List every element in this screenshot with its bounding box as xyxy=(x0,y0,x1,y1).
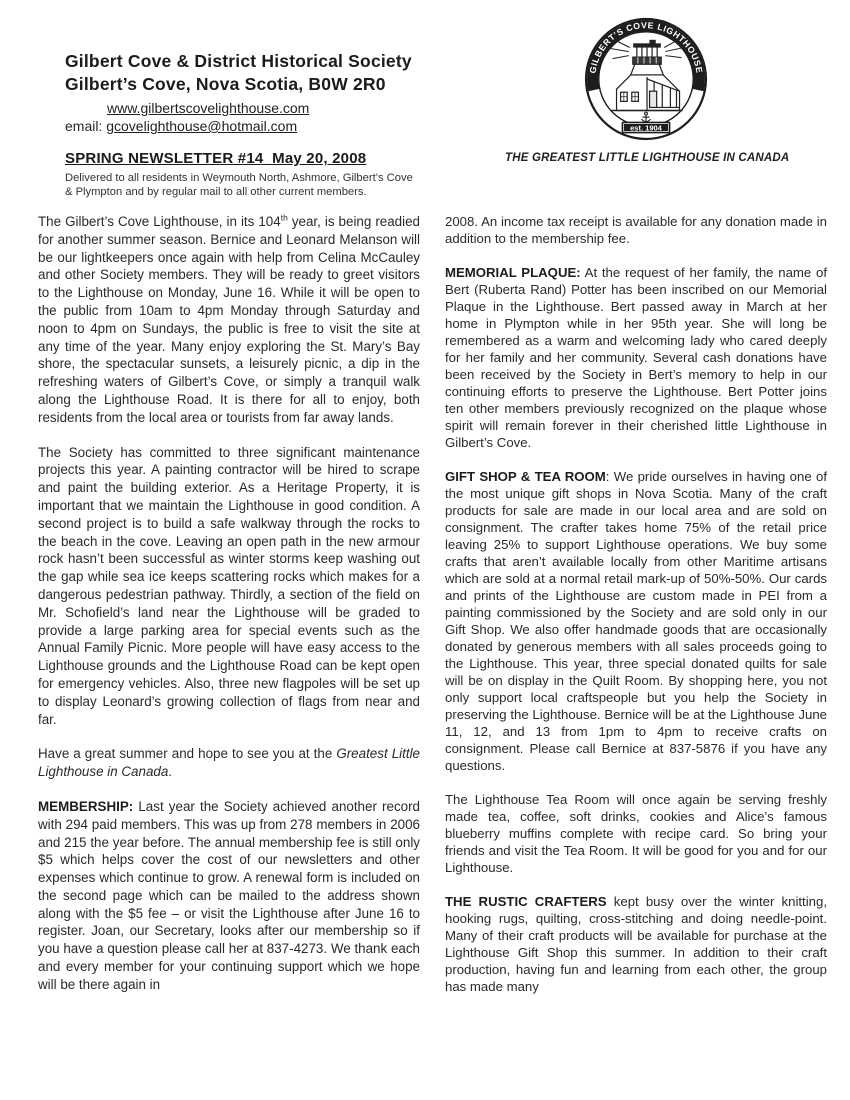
paragraph-maintenance-projects: The Society has committed to three signi… xyxy=(38,444,420,729)
email-label: email: xyxy=(65,118,106,134)
paragraph-tea-room: The Lighthouse Tea Room will once again … xyxy=(445,791,827,876)
logo-tagline: THE GREATEST LITTLE LIGHTHOUSE IN CANADA xyxy=(505,152,787,164)
newsletter-page: Gilbert Cove & District Historical Socie… xyxy=(0,0,850,1100)
membership-heading: MEMBERSHIP: xyxy=(38,799,133,814)
lighthouse-seal-icon: GILBERT’S COVE LIGHTHOUSE xyxy=(583,16,709,142)
paragraph-lighthouse-season: The Gilbert’s Cove Lighthouse, in its 10… xyxy=(38,213,420,427)
distribution-note: Delivered to all residents in Weymouth N… xyxy=(65,171,423,199)
org-name: Gilbert Cove & District Historical Socie… xyxy=(65,50,485,73)
ordinal-superscript: th xyxy=(281,213,288,223)
right-column: 2008. An income tax receipt is available… xyxy=(445,213,827,995)
rustic-crafters-heading: THE RUSTIC CRAFTERS xyxy=(445,894,607,909)
org-address: Gilbert’s Cove, Nova Scotia, B0W 2R0 xyxy=(65,73,485,96)
website-line: www.gilbertscovelighthouse.com xyxy=(107,100,485,116)
left-column: The Gilbert’s Cove Lighthouse, in its 10… xyxy=(38,213,420,995)
newsletter-title: SPRING NEWSLETTER #14 May 20, 2008 xyxy=(65,150,485,167)
body-columns: The Gilbert’s Cove Lighthouse, in its 10… xyxy=(38,213,827,995)
org-header: Gilbert Cove & District Historical Socie… xyxy=(65,50,485,199)
paragraph-membership-continued: 2008. An income tax receipt is available… xyxy=(445,213,827,247)
paragraph-summer-greeting: Have a great summer and hope to see you … xyxy=(38,745,420,781)
email-link[interactable]: gcovelighthouse@hotmail.com xyxy=(106,118,297,134)
paragraph-memorial-plaque: MEMORIAL PLAQUE: At the request of her f… xyxy=(445,264,827,451)
est-banner: est. 1904 xyxy=(622,122,671,134)
memorial-plaque-heading: MEMORIAL PLAQUE: xyxy=(445,265,581,280)
paragraph-rustic-crafters: THE RUSTIC CRAFTERS kept busy over the w… xyxy=(445,893,827,995)
email-line: email: gcovelighthouse@hotmail.com xyxy=(65,118,485,134)
logo-block: GILBERT’S COVE LIGHTHOUSE xyxy=(505,16,787,164)
paragraph-membership: MEMBERSHIP: Last year the Society achiev… xyxy=(38,798,420,994)
est-text: est. 1904 xyxy=(630,123,663,132)
website-link[interactable]: www.gilbertscovelighthouse.com xyxy=(107,100,309,116)
paragraph-gift-shop: GIFT SHOP & TEA ROOM: We pride ourselves… xyxy=(445,468,827,774)
gift-shop-heading: GIFT SHOP & TEA ROOM xyxy=(445,469,606,484)
